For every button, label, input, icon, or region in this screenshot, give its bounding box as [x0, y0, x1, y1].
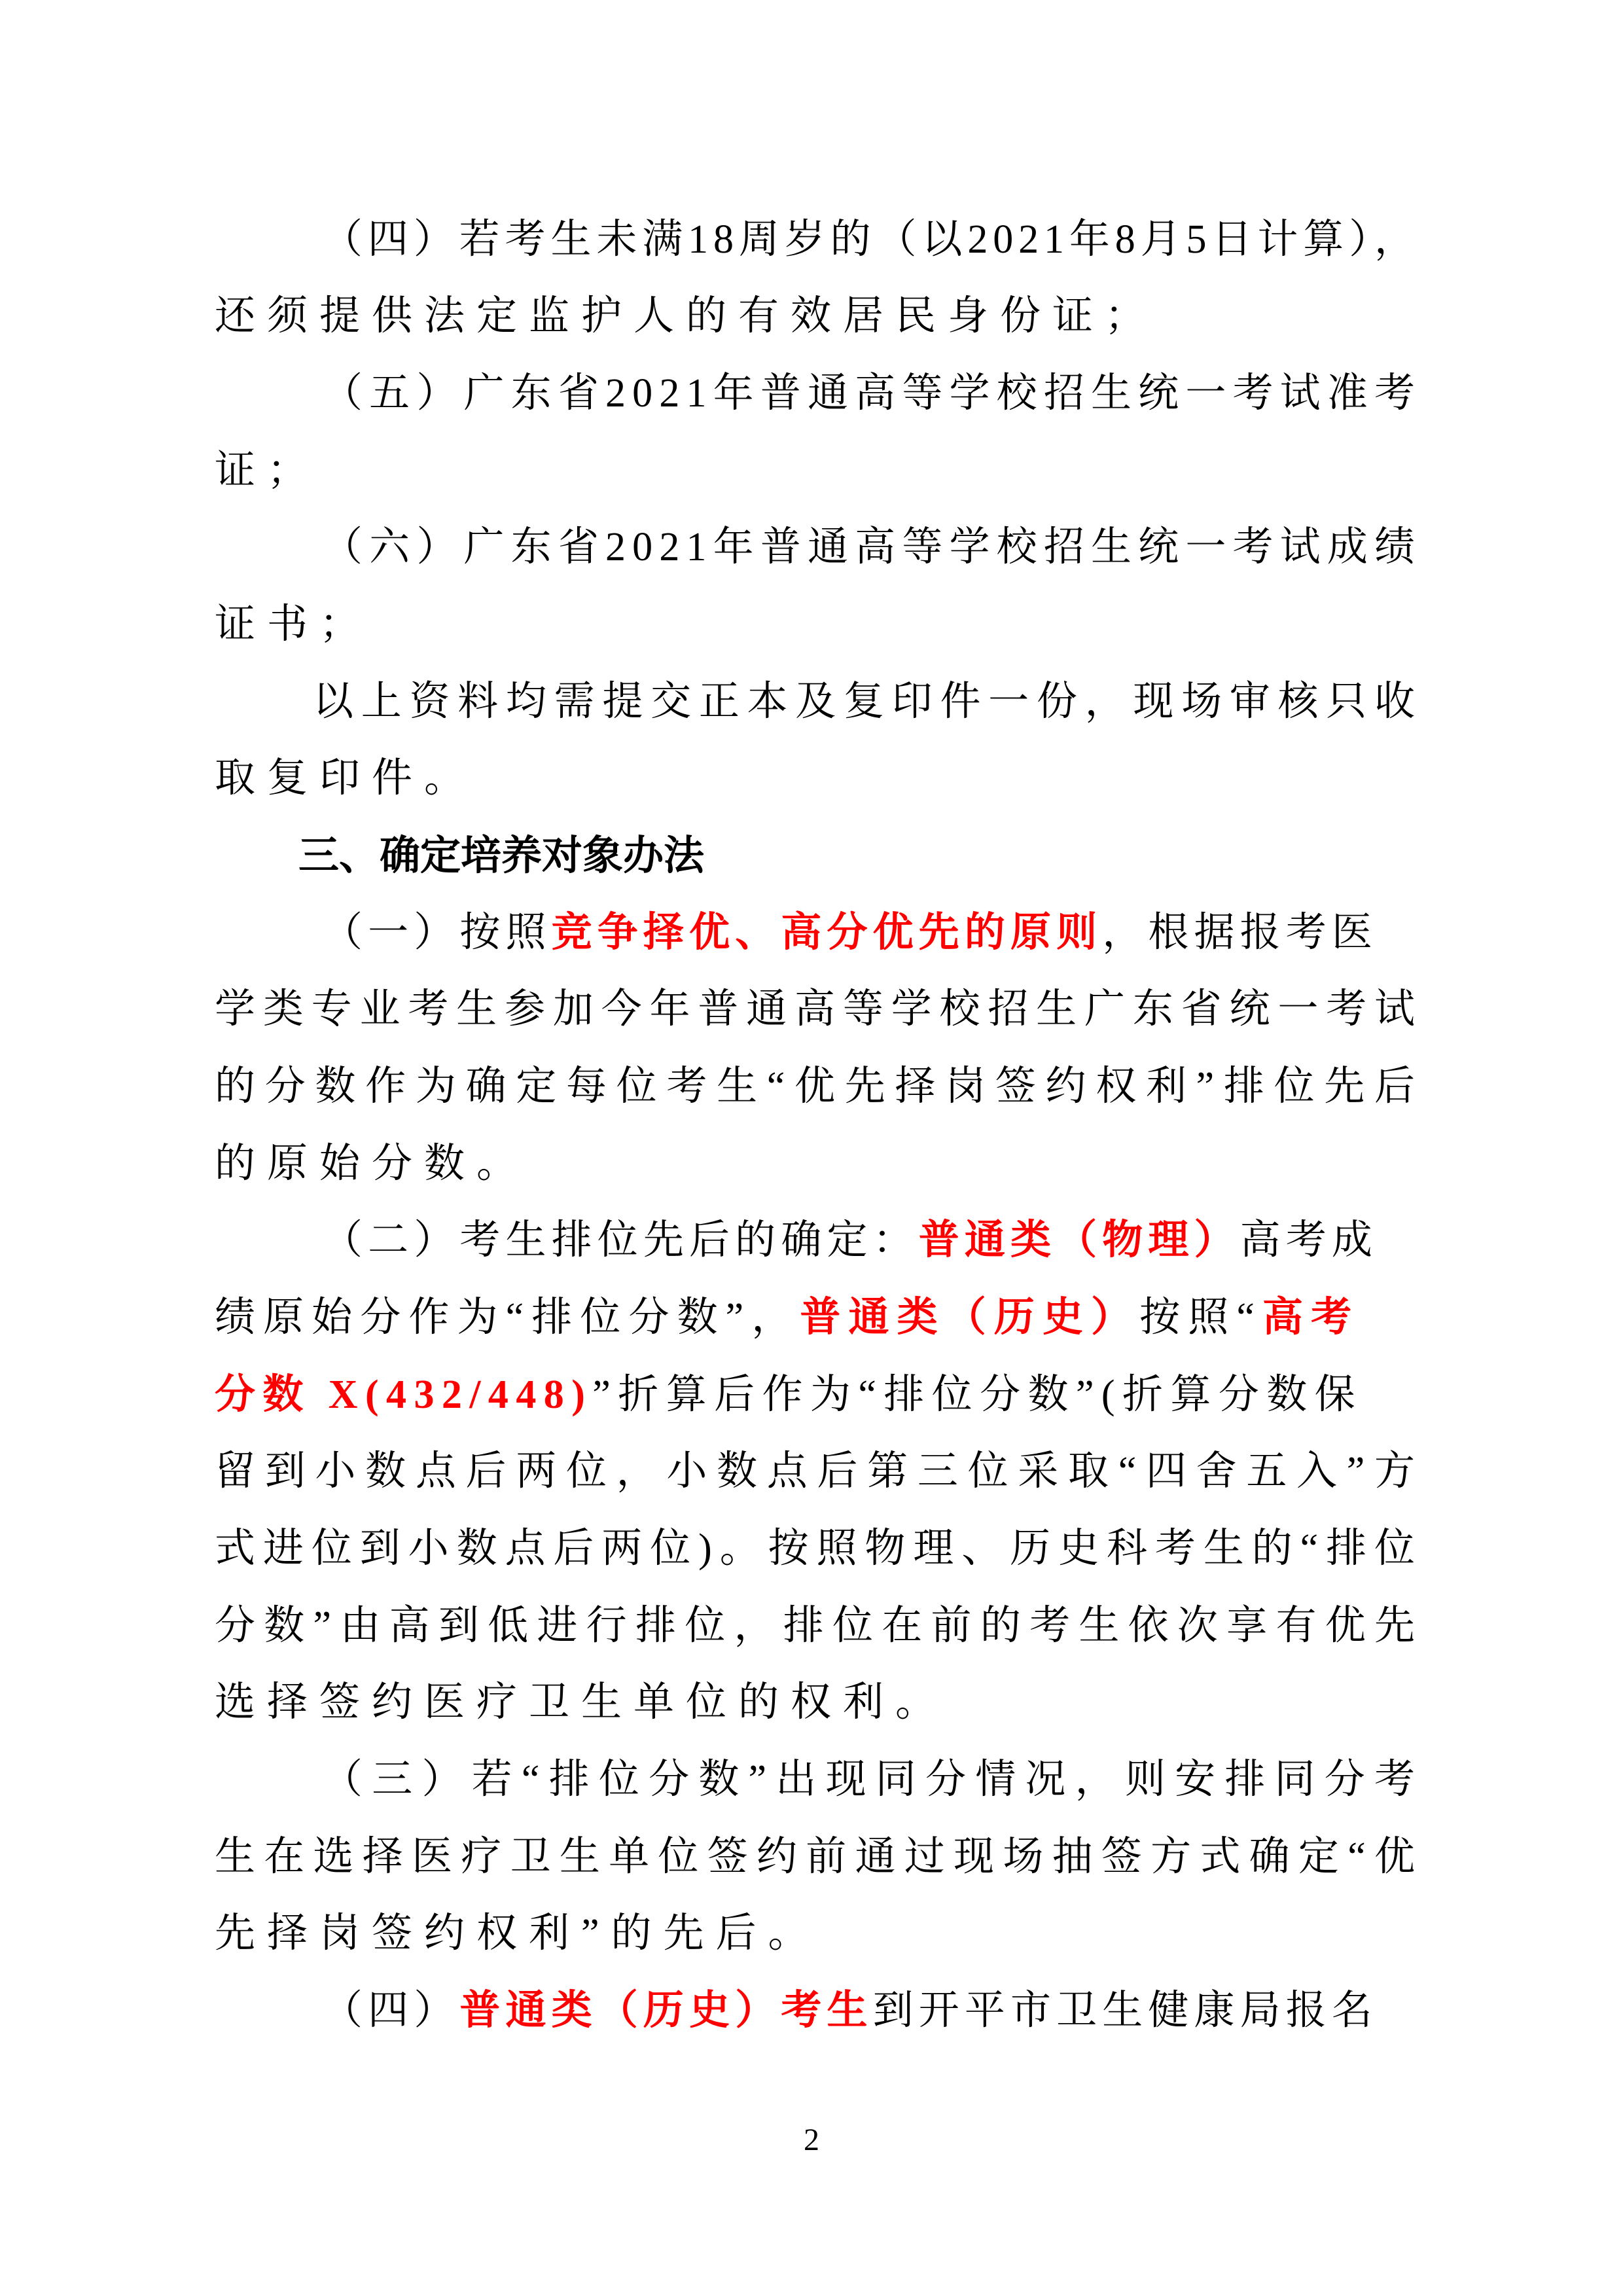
text: 按照“ [1139, 1295, 1262, 1340]
paragraph-materials-note-line-2: 取复印件。 [215, 752, 476, 804]
text: （一）按照 [322, 910, 552, 955]
paragraph-method-2-line-5: 式进位到小数点后两位)。按照物理、历史科考生的“排位 [215, 1522, 1423, 1575]
paragraph-method-1-line-2: 学类专业考生参加今年普通高等学校招生广东省统一考试 [215, 983, 1423, 1035]
paragraph-method-1-line-3: 的分数作为确定每位考生“优先择岗签约权利”排位先后 [215, 1060, 1425, 1113]
paragraph-item-5-line-2: 证； [215, 444, 319, 497]
paragraph-materials-note-line-1: 以上资料均需提交正本及复印件一份，现场审核只收 [313, 675, 1423, 728]
highlighted-text: 普通类（物理） [919, 1218, 1240, 1263]
paragraph-method-3-line-3: 先择岗签约权利”的先后。 [215, 1907, 821, 1960]
paragraph-method-4-line-1: （四）普通类（历史）考生到开平市卫生健康局报名 [322, 1984, 1378, 2037]
text: 绩原始分作为“排位分数”， [215, 1295, 800, 1340]
paragraph-item-5-line-1: （五）广东省2021年普通高等学校招生统一考试准考 [322, 367, 1421, 420]
paragraph-method-2-line-4: 留到小数点后两位，小数点后第三位采取“四舍五入”方 [215, 1445, 1425, 1498]
paragraph-method-2-line-2: 绩原始分作为“排位分数”，普通类（历史）按照“高考 [215, 1291, 1359, 1344]
document-page: （四）若考生未满18周岁的（以2021年8月5日计算）， 还须提供法定监护人的有… [0, 0, 1623, 2296]
page-number: 2 [785, 2121, 838, 2160]
paragraph-item-4-line-1: （四）若考生未满18周岁的（以2021年8月5日计算）， [322, 213, 1420, 266]
paragraph-method-3-line-1: （三）若“排位分数”出现同分情况，则安排同分考 [322, 1753, 1424, 1806]
paragraph-item-6-line-1: （六）广东省2021年普通高等学校招生统一考试成绩 [322, 521, 1421, 573]
text: 高考成 [1240, 1218, 1378, 1263]
paragraph-method-2-line-3: 分数 X(432/448)”折算后作为“排位分数”(折算分数保 [215, 1369, 1363, 1421]
paragraph-method-1-line-4: 的原始分数。 [215, 1138, 529, 1190]
highlighted-text: 竞争择优、高分优先的原则 [552, 910, 1103, 955]
paragraph-item-4-line-2: 还须提供法定监护人的有效居民身份证； [215, 290, 1157, 342]
paragraph-method-2-line-1: （二）考生排位先后的确定：普通类（物理）高考成 [322, 1214, 1378, 1266]
text: ，根据报考医 [1102, 910, 1378, 955]
paragraph-method-1-line-1: （一）按照竞争择优、高分优先的原则，根据报考医 [322, 906, 1378, 959]
text: ”折算后作为“排位分数”(折算分数保 [592, 1372, 1363, 1417]
highlighted-text: 普通类（历史）考生 [459, 1988, 872, 2033]
text: （二）考生排位先后的确定： [322, 1218, 919, 1263]
paragraph-method-3-line-2: 生在选择医疗卫生单位签约前通过现场抽签方式确定“优 [215, 1831, 1423, 1883]
section-heading: 三、确定培养对象办法 [298, 829, 704, 882]
highlighted-text: 高考 [1262, 1295, 1359, 1340]
paragraph-method-2-line-7: 选择签约医疗卫生单位的权利。 [215, 1676, 948, 1729]
paragraph-item-6-line-2: 证书； [215, 598, 372, 651]
text: 到开平市卫生健康局报名 [873, 1988, 1378, 2033]
paragraph-method-2-line-6: 分数”由高到低进行排位，排位在前的考生依次享有优先 [215, 1600, 1423, 1652]
text: （四） [322, 1988, 459, 2033]
highlighted-text: 普通类（历史） [800, 1295, 1139, 1340]
highlighted-formula: 分数 X(432/448) [215, 1372, 592, 1417]
